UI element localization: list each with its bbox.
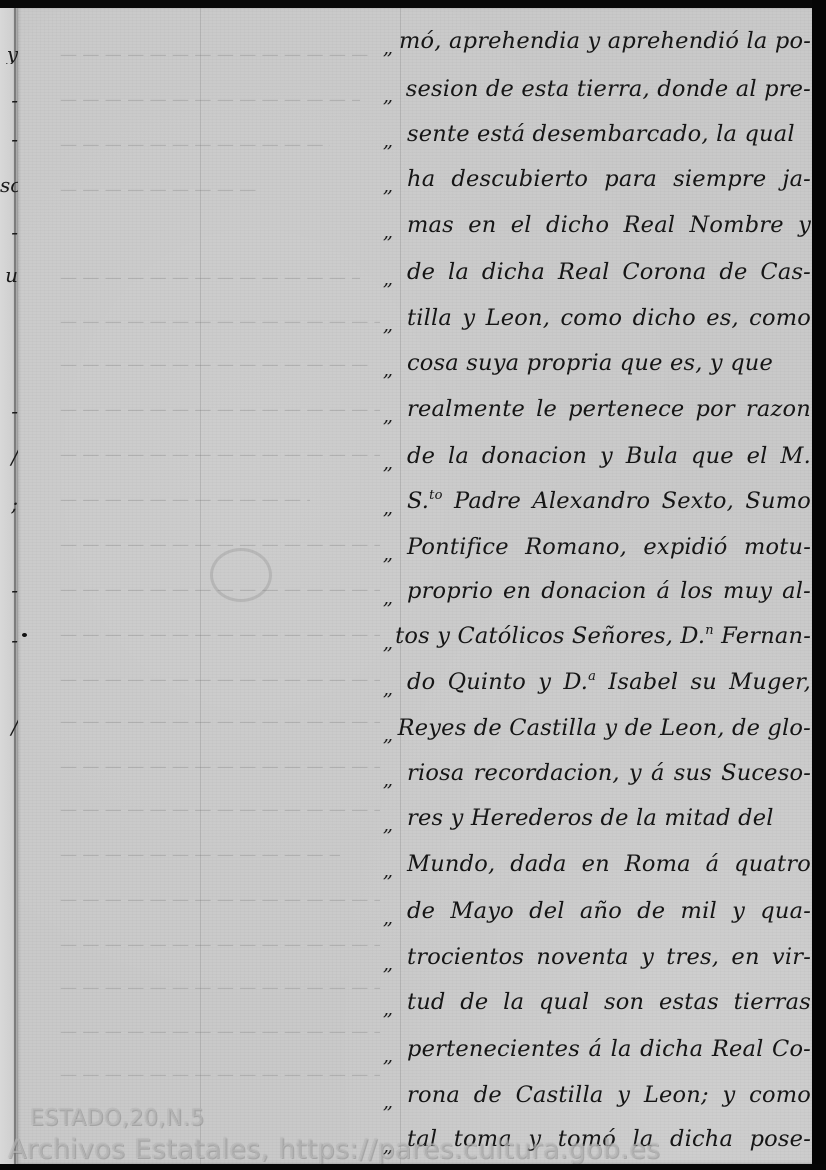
facing-page-fragment: / <box>0 717 18 737</box>
manuscript-line: ,, realmente le pertenece por razon <box>383 396 813 436</box>
facing-page-fragment: / <box>0 447 18 467</box>
manuscript-line: ,, sente está desembarcado, la qual <box>383 121 813 161</box>
manuscript-line: ,, sesion de esta tierra, donde al pre- <box>383 76 813 116</box>
manuscript-line: ,, pertenecientes á la dicha Real Co- <box>383 1036 813 1076</box>
manuscript-line: ,, mas en el dicho Real Nombre y <box>383 212 813 252</box>
manuscript-line: ,, de la dicha Real Corona de Cas- <box>383 259 813 299</box>
scan-border-top <box>0 0 826 8</box>
manuscript-text-block: ,, mó, aprehendia y aprehendió la po- ,,… <box>383 0 813 1170</box>
facing-page-fragment: y <box>0 44 18 64</box>
facing-page-fragment: - <box>0 580 18 600</box>
scan-image: — — — — — — — — — — — — — — — — — — — — … <box>0 0 826 1170</box>
manuscript-line: ,, proprio en donacion á los muy al- <box>383 578 813 618</box>
faded-seal-mark <box>210 548 272 602</box>
facing-page-fragment: - <box>0 90 18 110</box>
facing-page-fragment: ; <box>0 494 18 514</box>
manuscript-line: ,, cosa suya propria que es, y que <box>383 350 813 390</box>
facing-page-fragment: - <box>0 401 18 421</box>
manuscript-line: ,, rona de Castilla y Leon; y como <box>383 1082 813 1122</box>
facing-page-fragment: - <box>0 222 18 242</box>
manuscript-line: ,, trocientos noventa y tres, en vir- <box>383 944 813 984</box>
manuscript-line: ,, tud de la qual son estas tierras <box>383 989 813 1029</box>
manuscript-line: ,, Mundo, dada en Roma á quatro <box>383 851 813 891</box>
facing-page-fragment: u <box>0 265 18 285</box>
manuscript-line: ,, res y Herederos de la mitad del <box>383 805 813 845</box>
manuscript-line: ,, riosa recordacion, y á sus Suceso- <box>383 760 813 800</box>
manuscript-line: ,, S.to Padre Alexandro Sexto, Sumo <box>383 488 813 528</box>
facing-page-fragment: - <box>0 630 18 650</box>
scan-border-bottom <box>0 1164 826 1170</box>
manuscript-line: ,, tilla y Leon, como dicho es, como <box>383 305 813 345</box>
scan-border-right <box>812 0 826 1170</box>
manuscript-line: ,, de la donacion y Bula que el M. <box>383 443 813 483</box>
facing-page-fragment: - <box>0 129 18 149</box>
manuscript-line: ,, ha descubierto para siempre ja- <box>383 166 813 206</box>
manuscript-line: ,, tos y Católicos Señores, D.n Fernan- <box>383 623 813 663</box>
manuscript-line: ,, Pontifice Romano, expidió motu- <box>383 534 813 574</box>
manuscript-line: ,, tal toma y tomó la dicha pose- <box>383 1126 813 1166</box>
manuscript-line: ,, de Mayo del año de mil y qua- <box>383 898 813 938</box>
facing-page-fragment: sca <box>0 175 18 195</box>
manuscript-line: ,, mó, aprehendia y aprehendió la po- <box>383 28 813 68</box>
ink-blot <box>22 633 27 637</box>
manuscript-line: ,, do Quinto y D.a Isabel su Muger, <box>383 669 813 709</box>
manuscript-line: ,, Reyes de Castilla y de Leon, de glo- <box>383 715 813 755</box>
